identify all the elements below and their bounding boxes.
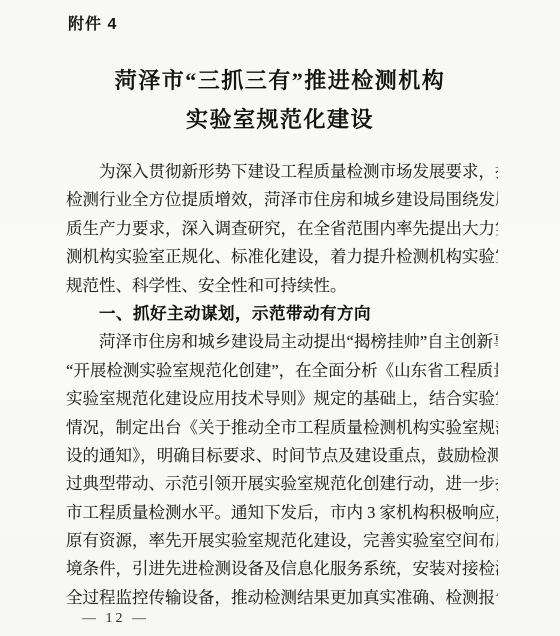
- text-line: 规范性、科学性、安全性和可持续性。: [66, 272, 498, 300]
- text-line: 菏泽市住房和城乡建设局主动提出“揭榜挂帅”自主创新事项: [66, 328, 498, 356]
- text-line: 检测行业全方位提质增效，菏泽市住房和城乡建设局围绕发展新: [66, 186, 498, 214]
- paragraph-intro: 为深入贯彻新形势下建设工程质量检测市场发展要求，推动检测行业全方位提质增效，菏泽…: [66, 158, 498, 300]
- page-number: — 12 —: [82, 611, 149, 627]
- document-page: 附件 4 菏泽市“三抓三有”推进检测机构 实验室规范化建设 为深入贯彻新形势下建…: [0, 0, 560, 636]
- text-line: 质生产力要求，深入调查研究，在全省范围内率先提出大力实施检: [66, 215, 498, 243]
- text-line: 境条件，引进先进检测设备及信息化服务系统，安装对接检测活动: [66, 555, 498, 583]
- text-line: 过典型带动、示范引领开展实验室规范化创建行动，进一步提高全: [66, 470, 498, 498]
- text-line: 全过程监控传输设备，推动检测结果更加真实准确、检测报告更加: [66, 584, 498, 612]
- document-title: 菏泽市“三抓三有”推进检测机构 实验室规范化建设: [0, 61, 560, 139]
- text-line: 设的通知》，明确目标要求、时间节点及建设重点，鼓励检测机构通: [66, 442, 498, 470]
- text-line: 原有资源，率先开展实验室规范化建设，完善实验室空间布局及环: [66, 527, 498, 555]
- text-line: 测机构实验室正规化、标准化建设，着力提升检测机构实验室建设: [66, 243, 498, 271]
- text-line: 实验室规范化建设应用技术导则》规定的基础上，结合实验室建设: [66, 385, 498, 413]
- text-line: “开展检测实验室规范化创建”，在全面分析《山东省工程质量检测: [66, 357, 498, 385]
- text-line: 情况，制定出台《关于推动全市工程质量检测机构实验室规范化建: [66, 414, 498, 442]
- document-title-line-2: 实验室规范化建设: [0, 100, 560, 139]
- attachment-label: 附件 4: [68, 11, 117, 34]
- paragraph-section-1: 菏泽市住房和城乡建设局主动提出“揭榜挂帅”自主创新事项“开展检测实验室规范化创建…: [66, 328, 498, 612]
- text-line: 市工程质量检测水平。通知下发后，市内 3 家机构积极响应，整合: [66, 499, 498, 527]
- text-line: 为深入贯彻新形势下建设工程质量检测市场发展要求，推动: [66, 158, 498, 186]
- document-title-line-1: 菏泽市“三抓三有”推进检测机构: [0, 61, 560, 100]
- section-heading-1: 一、抓好主动谋划，示范带动有方向: [66, 300, 498, 328]
- document-body: 为深入贯彻新形势下建设工程质量检测市场发展要求，推动检测行业全方位提质增效，菏泽…: [66, 158, 498, 612]
